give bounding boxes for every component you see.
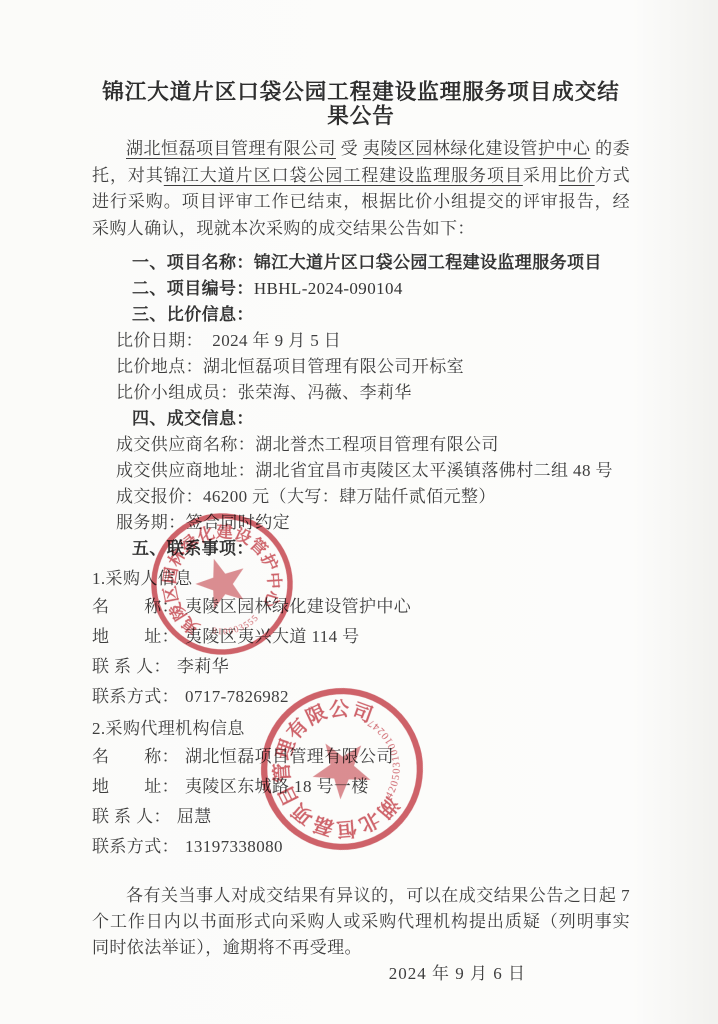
agency-name-field: 名 称：湖北恒磊项目管理有限公司: [92, 742, 630, 772]
field-label: 联 系 人：: [92, 807, 171, 826]
field-value: 0717-7826982: [185, 687, 289, 706]
item-value: HBHL-2024-090104: [254, 279, 403, 298]
field-label: 名 称：: [92, 597, 179, 616]
agency-info-heading: 2.采购代理机构信息: [92, 716, 630, 742]
row-supplier-address: 成交供应商地址：湖北省宜昌市夷陵区太平溪镇落佛村二组 48 号: [92, 458, 630, 484]
field-label: 地 址：: [92, 627, 179, 646]
row-service-period: 服务期：签合同时约定: [92, 510, 630, 536]
row-project-number: 二、项目编号：HBHL-2024-090104: [92, 276, 630, 302]
field-label: 联 系 人：: [92, 657, 171, 676]
buyer-address-field: 地 址：夷陵区夷兴大道 114 号: [92, 622, 630, 652]
row-pricing-date: 比价日期： 2024 年 9 月 5 日: [92, 328, 630, 354]
field-label: 联系方式：: [92, 687, 179, 706]
row-award-heading: 四、成交信息：: [92, 406, 630, 432]
buyer-name-field: 名 称：夷陵区园林绿化建设管护中心: [92, 592, 630, 622]
buyer-person-field: 联 系 人：李莉华: [92, 652, 630, 682]
field-value: 夷陵区夷兴大道 114 号: [185, 627, 360, 646]
items-list: 一、项目名称：锦江大道片区口袋公园工程建设监理服务项目 二、项目编号：HBHL-…: [92, 250, 630, 562]
project-name-underlined: 锦江大道片区口袋公园工程建设监理服务项目: [164, 166, 523, 185]
field-label: 名 称：: [92, 747, 179, 766]
field-value: 湖北恒磊项目管理有限公司: [185, 747, 394, 766]
agency-phone-field: 联系方式：13197338080: [92, 832, 630, 862]
field-value: 13197338080: [185, 837, 283, 856]
scanned-document-page: 锦江大道片区口袋公园工程建设监理服务项目成交结果公告 湖北恒磊项目管理有限公司 …: [0, 0, 718, 1024]
row-award-price: 成交报价：46200 元（大写：肆万陆仟贰佰元整）: [92, 484, 630, 510]
buyer-name-underlined: 夷陵区园林绿化建设管护中心: [363, 139, 590, 158]
intro-text: 受: [336, 139, 363, 158]
row-supplier-name: 成交供应商名称：湖北誉杰工程项目管理有限公司: [92, 432, 630, 458]
document-title: 锦江大道片区口袋公园工程建设监理服务项目成交结果公告: [92, 80, 630, 128]
intro-text: 采用: [523, 166, 559, 185]
field-value: 夷陵区园林绿化建设管护中心: [185, 597, 411, 616]
field-label: 地 址：: [92, 777, 179, 796]
contacts-section: 1.采购人信息 名 称：夷陵区园林绿化建设管护中心 地 址：夷陵区夷兴大道 11…: [92, 566, 630, 862]
field-value: 屈慧: [177, 807, 212, 826]
row-contact-heading: 五、联系事项：: [92, 536, 630, 562]
field-value: 夷陵区东城路 18 号一楼: [185, 777, 369, 796]
agency-address-field: 地 址：夷陵区东城路 18 号一楼: [92, 772, 630, 802]
row-pricing-panel: 比价小组成员：张荣海、冯薇、李莉华: [92, 380, 630, 406]
field-value: 李莉华: [177, 657, 229, 676]
row-pricing-place: 比价地点：湖北恒磊项目管理有限公司开标室: [92, 354, 630, 380]
method-underlined: 比价: [559, 166, 595, 185]
item-label: 一、项目名称：: [132, 253, 254, 272]
announcement-date: 2024 年 9 月 6 日: [92, 961, 630, 987]
objection-notice-paragraph: 各有关当事人对成交结果有异议的，可以在成交结果公告之日起 7 个工作日内以书面形…: [92, 883, 630, 961]
intro-paragraph: 湖北恒磊项目管理有限公司 受 夷陵区园林绿化建设管护中心 的委托，对其锦江大道片…: [92, 136, 630, 242]
field-label: 联系方式：: [92, 837, 179, 856]
buyer-phone-field: 联系方式：0717-7826982: [92, 682, 630, 712]
document-content: 锦江大道片区口袋公园工程建设监理服务项目成交结果公告 湖北恒磊项目管理有限公司 …: [0, 0, 718, 987]
row-pricing-heading: 三、比价信息：: [92, 302, 630, 328]
row-project-name: 一、项目名称：锦江大道片区口袋公园工程建设监理服务项目: [92, 250, 630, 276]
buyer-info-heading: 1.采购人信息: [92, 566, 630, 592]
agency-person-field: 联 系 人：屈慧: [92, 802, 630, 832]
item-value: 锦江大道片区口袋公园工程建设监理服务项目: [254, 253, 602, 272]
item-label: 二、项目编号：: [132, 279, 254, 298]
agency-name-underlined: 湖北恒磊项目管理有限公司: [126, 139, 336, 158]
